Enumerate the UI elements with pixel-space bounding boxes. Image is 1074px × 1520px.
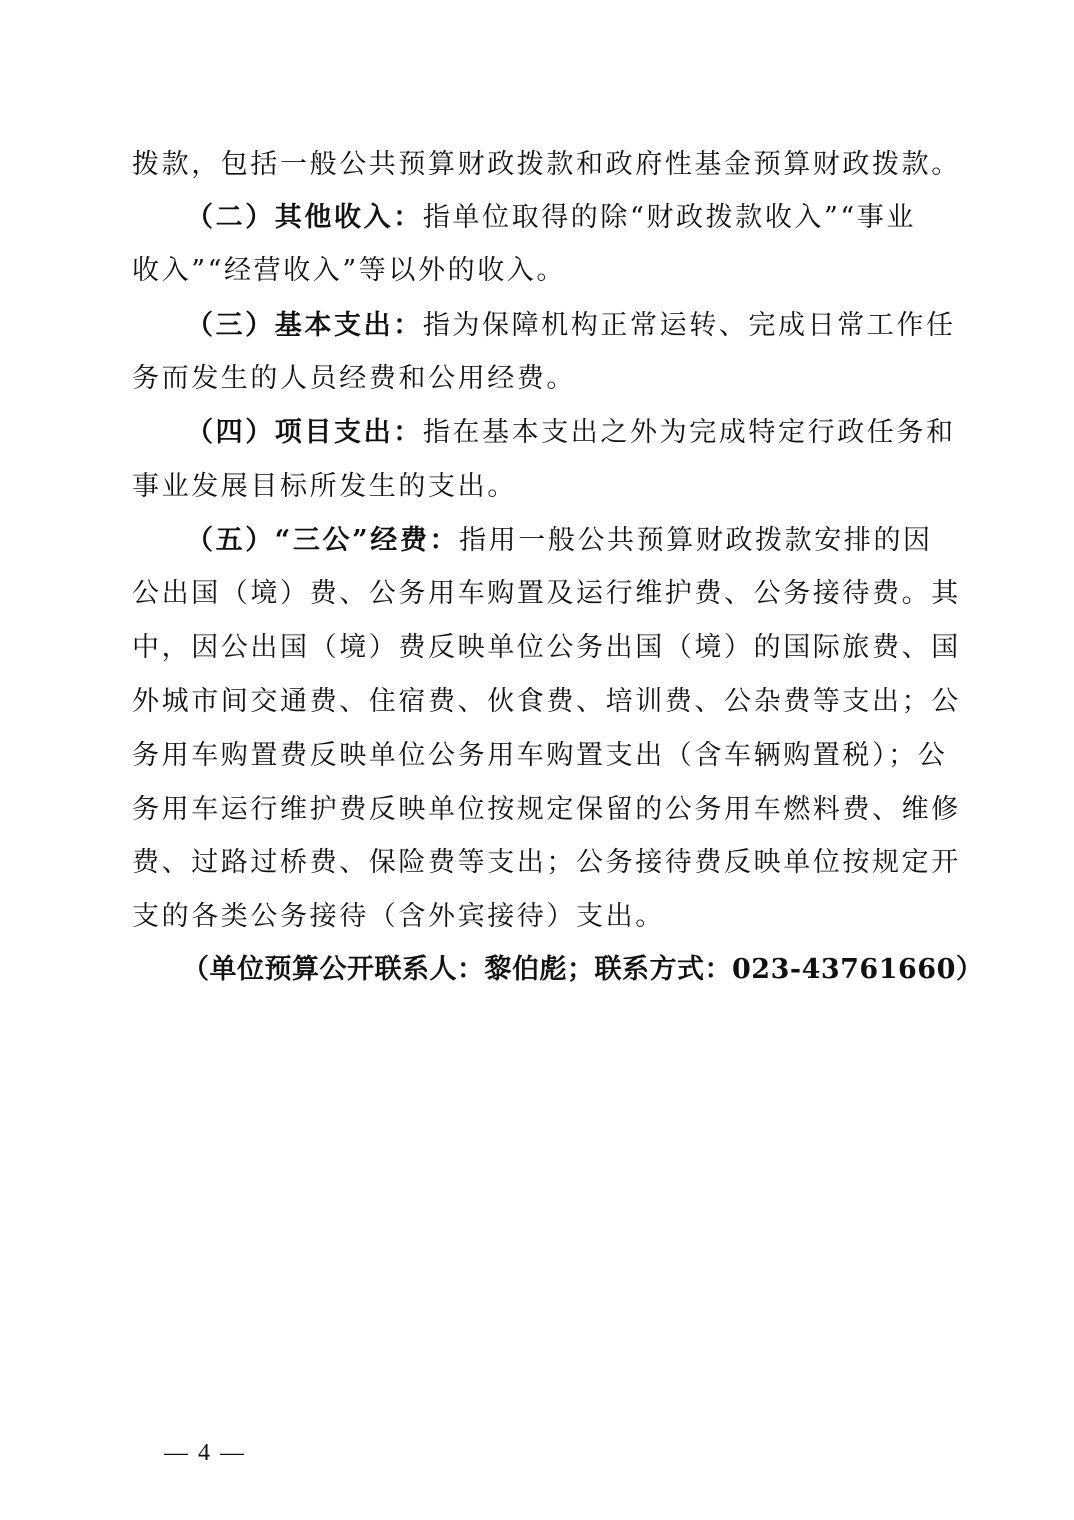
- paragraph-line: 事业发展目标所发生的支出。: [132, 470, 944, 504]
- definition-three-public: （五）“三公”经费：指用一般公共预算财政拨款安排的因: [186, 524, 944, 558]
- term-label: （五）“三公”经费：: [186, 525, 459, 556]
- definition-other-income: （二）其他收入：指单位取得的除“财政拨款收入”“事业: [186, 201, 944, 235]
- paragraph-line: 公出国（境）费、公务用车购置及运行维护费、公务接待费。其: [132, 577, 944, 611]
- paragraph-line: 中，因公出国（境）费反映单位公务出国（境）的国际旅费、国: [132, 631, 944, 665]
- paragraph-line: 收入”“经营收入”等以外的收入。: [132, 254, 944, 288]
- contact-info: （单位预算公开联系人：黎伯彪；联系方式：023-43761660）: [182, 953, 994, 987]
- paragraph-line: 支的各类公务接待（含外宾接待）支出。: [132, 900, 944, 934]
- term-label: （四）项目支出：: [186, 417, 423, 448]
- page-number: — 4 —: [164, 1440, 246, 1467]
- paragraph-line: 务用车购置费反映单位公务用车购置支出（含车辆购置税）；公: [132, 739, 944, 773]
- paragraph-line: 费、过路过桥费、保险费等支出；公务接待费反映单位按规定开: [132, 846, 944, 880]
- definition-basic-expenditure: （三）基本支出：指为保障机构正常运转、完成日常工作任: [186, 309, 944, 343]
- paragraph-line: 拨款，包括一般公共预算财政拨款和政府性基金预算财政拨款。: [132, 148, 944, 182]
- paragraph-line: 务而发生的人员经费和公用经费。: [132, 362, 944, 396]
- paragraph-line: 务用车运行维护费反映单位按规定保留的公务用车燃料费、维修: [132, 793, 944, 827]
- term-label: （三）基本支出：: [186, 310, 423, 341]
- definition-project-expenditure: （四）项目支出：指在基本支出之外为完成特定行政任务和: [186, 416, 944, 450]
- paragraph-line: 外城市间交通费、住宿费、伙食费、培训费、公杂费等支出；公: [132, 685, 944, 719]
- term-label: （二）其他收入：: [186, 202, 423, 233]
